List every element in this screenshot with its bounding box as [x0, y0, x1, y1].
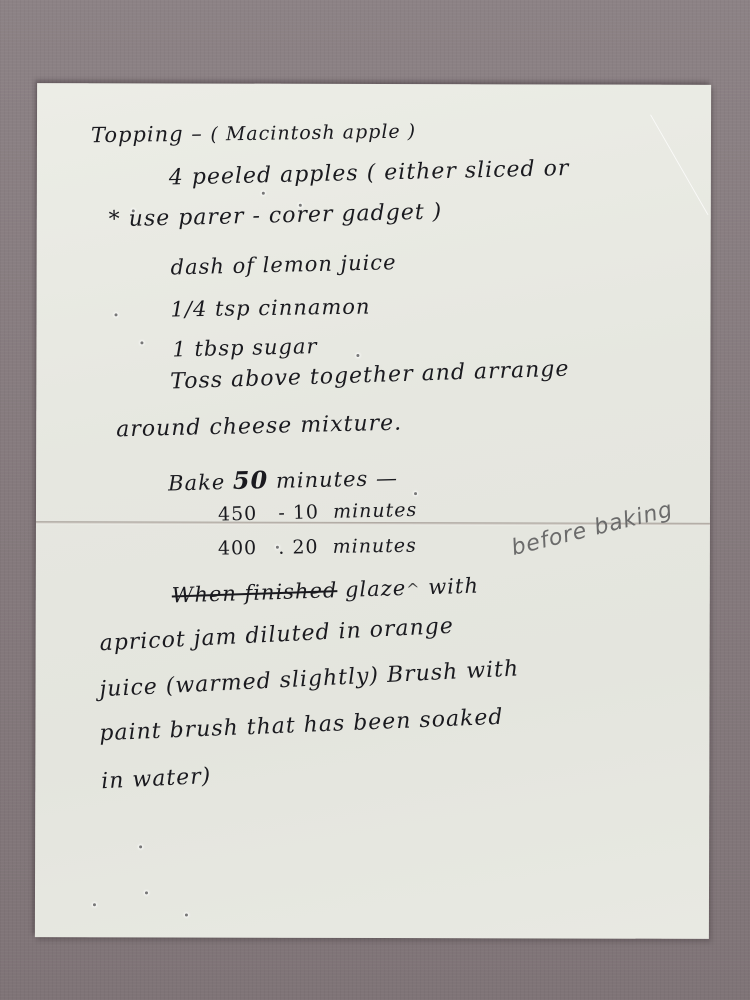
- pin-hole: [139, 845, 142, 848]
- ingredient-parer-note: * use parer - corer gadget ): [108, 199, 442, 232]
- ingredient-lemon: dash of lemon juice: [170, 250, 396, 279]
- pin-hole: [115, 313, 118, 316]
- ingredient-sugar: 1 tbsp sugar: [172, 334, 318, 361]
- instruction-glaze-5: in water): [101, 764, 212, 794]
- pin-hole: [140, 341, 143, 344]
- instruction-glaze-3: juice (warmed slightly) Brush with: [99, 656, 520, 702]
- corner-crease: [650, 115, 711, 215]
- ingredient-apples: 4 peeled apples ( either sliced or: [169, 156, 570, 190]
- recipe-paper: Topping – ( Macintosh apple ) 4 peeled a…: [35, 83, 711, 939]
- bake-step-time: . 20: [278, 536, 319, 559]
- instruction-glaze-1: When finished glaze^ with: [171, 574, 479, 608]
- bake-step-400: 400 . 20 minutes: [218, 535, 417, 560]
- recipe-title-line: Topping – ( Macintosh apple ): [91, 118, 416, 147]
- instruction-toss-2: around cheese mixture.: [116, 411, 402, 443]
- bake-step-unit: minutes: [332, 535, 417, 558]
- bake-minutes-value: 50: [233, 465, 269, 495]
- bake-label: Bake: [168, 470, 226, 495]
- glaze-word: glaze: [345, 576, 407, 602]
- pin-hole: [262, 192, 265, 195]
- pin-hole: [93, 903, 96, 906]
- ingredient-cinnamon: 1/4 tsp cinnamon: [170, 295, 370, 322]
- struck-text: When finished: [171, 578, 337, 607]
- bake-step-temp: 450: [218, 503, 258, 526]
- instruction-glaze-4: paint brush that has been soaked: [99, 705, 504, 747]
- glaze-with: with: [428, 574, 479, 600]
- bake-step-unit: minutes: [333, 499, 418, 523]
- pencil-insert-before-baking: before baking: [509, 497, 676, 561]
- pin-hole: [414, 492, 417, 495]
- pin-hole: [185, 914, 188, 917]
- recipe-title: Topping –: [91, 122, 203, 148]
- instruction-toss-1: Toss above together and arrange: [170, 357, 570, 395]
- bake-step-temp: 400: [218, 537, 258, 560]
- insert-caret: ^: [406, 579, 421, 598]
- bake-minutes-suffix: minutes —: [276, 466, 399, 493]
- pin-hole: [145, 891, 148, 894]
- recipe-title-note: ( Macintosh apple ): [210, 120, 416, 145]
- bake-step-time: - 10: [278, 501, 319, 524]
- instruction-glaze-2: apricot jam diluted in orange: [99, 614, 454, 657]
- instruction-bake: Bake 50 minutes —: [168, 462, 399, 496]
- bake-step-450: 450 - 10 minutes: [218, 499, 418, 526]
- pin-hole: [356, 354, 359, 357]
